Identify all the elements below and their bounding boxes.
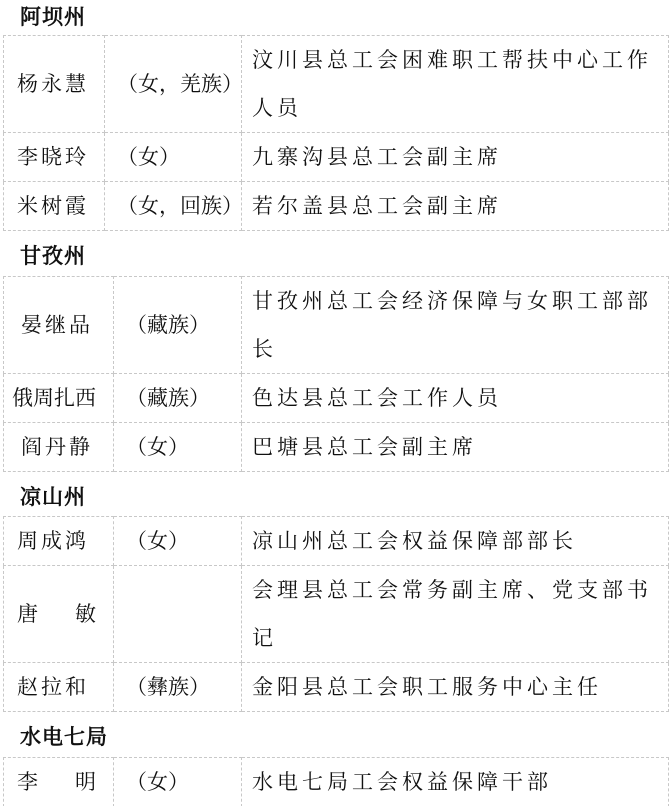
person-note: （女，回族） [105,182,242,231]
section-heading-aba: 阿坝州 [20,2,86,32]
person-position: 汶川县总工会困难职工帮扶中心工作人员 [242,36,669,133]
section-heading-hydro-bureau-7: 水电七局 [20,722,108,752]
roster-table-ganzi: 晏继品 （藏族） 甘孜州总工会经济保障与女职工部部长 俄周扎西 （藏族） 色达县… [3,276,669,472]
table-row: 俄周扎西 （藏族） 色达县总工会工作人员 [4,374,669,423]
person-note: （藏族） [114,277,242,374]
person-note: （女） [105,133,242,182]
person-name: 俄周扎西 [4,374,114,423]
person-position: 凉山州总工会权益保障部部长 [242,517,669,566]
person-name: 晏继品 [4,277,114,374]
person-name: 李 明 [4,758,114,806]
roster-table-hydro-bureau-7: 李 明 （女） 水电七局工会权益保障干部 [3,757,669,806]
roster-table-aba: 杨永慧 （女，羌族） 汶川县总工会困难职工帮扶中心工作人员 李晓玲 （女） 九寨… [3,35,669,231]
person-note: （彝族） [114,663,242,712]
person-position: 甘孜州总工会经济保障与女职工部部长 [242,277,669,374]
person-note: （女） [114,758,242,806]
person-name: 周成鸿 [4,517,114,566]
person-position: 金阳县总工会职工服务中心主任 [242,663,669,712]
table-row: 阎丹静 （女） 巴塘县总工会副主席 [4,423,669,472]
table-row: 李晓玲 （女） 九寨沟县总工会副主席 [4,133,669,182]
table-row: 晏继品 （藏族） 甘孜州总工会经济保障与女职工部部长 [4,277,669,374]
person-note [114,566,242,663]
table-row: 杨永慧 （女，羌族） 汶川县总工会困难职工帮扶中心工作人员 [4,36,669,133]
person-position: 会理县总工会常务副主席、党支部书记 [242,566,669,663]
person-name: 米树霞 [4,182,105,231]
person-note: （女，羌族） [105,36,242,133]
roster-table-liangshan: 周成鸿 （女） 凉山州总工会权益保障部部长 唐 敏 会理县总工会常务副主席、党支… [3,516,669,712]
person-position: 水电七局工会权益保障干部 [242,758,669,806]
person-position: 若尔盖县总工会副主席 [242,182,669,231]
person-name: 阎丹静 [4,423,114,472]
person-note: （藏族） [114,374,242,423]
person-name: 李晓玲 [4,133,105,182]
section-heading-liangshan: 凉山州 [20,482,86,512]
table-row: 唐 敏 会理县总工会常务副主席、党支部书记 [4,566,669,663]
person-note: （女） [114,517,242,566]
table-row: 周成鸿 （女） 凉山州总工会权益保障部部长 [4,517,669,566]
person-position: 巴塘县总工会副主席 [242,423,669,472]
person-name: 唐 敏 [4,566,114,663]
section-heading-ganzi: 甘孜州 [20,241,86,271]
table-row: 米树霞 （女，回族） 若尔盖县总工会副主席 [4,182,669,231]
person-note: （女） [114,423,242,472]
person-name: 杨永慧 [4,36,105,133]
table-row: 李 明 （女） 水电七局工会权益保障干部 [4,758,669,806]
person-name: 赵拉和 [4,663,114,712]
person-position: 九寨沟县总工会副主席 [242,133,669,182]
person-position: 色达县总工会工作人员 [242,374,669,423]
table-row: 赵拉和 （彝族） 金阳县总工会职工服务中心主任 [4,663,669,712]
